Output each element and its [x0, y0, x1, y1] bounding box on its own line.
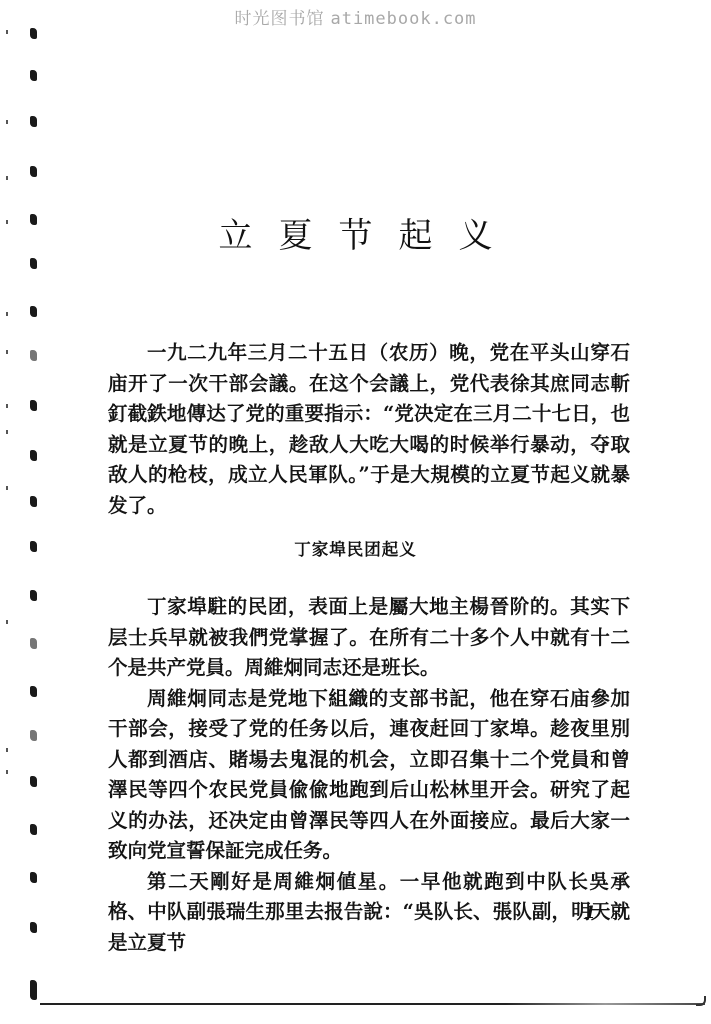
binding-mark [30, 730, 37, 741]
scan-speck [6, 748, 8, 752]
bottom-edge-line [40, 1003, 705, 1005]
scan-speck [6, 350, 8, 354]
binding-mark [30, 686, 37, 697]
binding-mark [30, 258, 37, 269]
binding-mark [30, 872, 37, 883]
binding-mark [30, 28, 37, 39]
binding-mark [30, 166, 37, 177]
scan-speck [6, 430, 8, 434]
binding-mark [30, 70, 37, 81]
scan-speck [6, 486, 8, 490]
scan-speck [6, 176, 8, 180]
paragraph: 一九二九年三月二十五日（农历）晚，党在平头山穿石庙开了一次干部会議。在这个会議上… [108, 338, 630, 521]
scan-speck [6, 312, 8, 316]
section-heading: 丁家埠民团起义 [0, 536, 711, 560]
binding-mark [30, 116, 37, 127]
scan-speck [6, 30, 8, 34]
binding-mark [30, 980, 37, 1000]
scan-speck [6, 770, 8, 774]
scan-speck [6, 404, 8, 408]
page-number: 1 [584, 903, 596, 923]
section-text: 丁家埠駐的民团，表面上是屬大地主楊晉阶的。其实下层士兵早就被我們党掌握了。在所有… [108, 592, 630, 958]
intro-text: 一九二九年三月二十五日（农历）晚，党在平头山穿石庙开了一次干部会議。在这个会議上… [108, 338, 630, 521]
binding-mark [30, 824, 37, 835]
watermark: 时光图书馆atimebook.com [0, 4, 711, 29]
paragraph: 第二天剛好是周維炯値星。一早他就跑到中队长吳承格、中队副張瑞生那里去报告說：“吳… [108, 867, 630, 959]
watermark-url: atimebook.com [330, 9, 476, 29]
binding-mark [30, 776, 37, 787]
binding-mark [30, 638, 37, 649]
binding-mark [30, 450, 37, 461]
scan-speck [6, 620, 8, 624]
binding-mark [30, 306, 37, 317]
binding-mark [30, 400, 37, 411]
binding-mark [30, 350, 37, 361]
page-title: 立夏节起义 [0, 208, 711, 257]
binding-mark [30, 496, 37, 507]
binding-mark [30, 590, 37, 601]
paragraph: 丁家埠駐的民团，表面上是屬大地主楊晉阶的。其实下层士兵早就被我們党掌握了。在所有… [108, 592, 630, 684]
scan-speck [6, 120, 8, 124]
binding-mark [30, 922, 37, 933]
watermark-cn: 时光图书馆 [234, 9, 324, 29]
binding-hole-marks [0, 0, 60, 1024]
paragraph: 周維炯同志是党地下組織的支部书記，他在穿石庙參加干部会，接受了党的任务以后，連夜… [108, 684, 630, 867]
